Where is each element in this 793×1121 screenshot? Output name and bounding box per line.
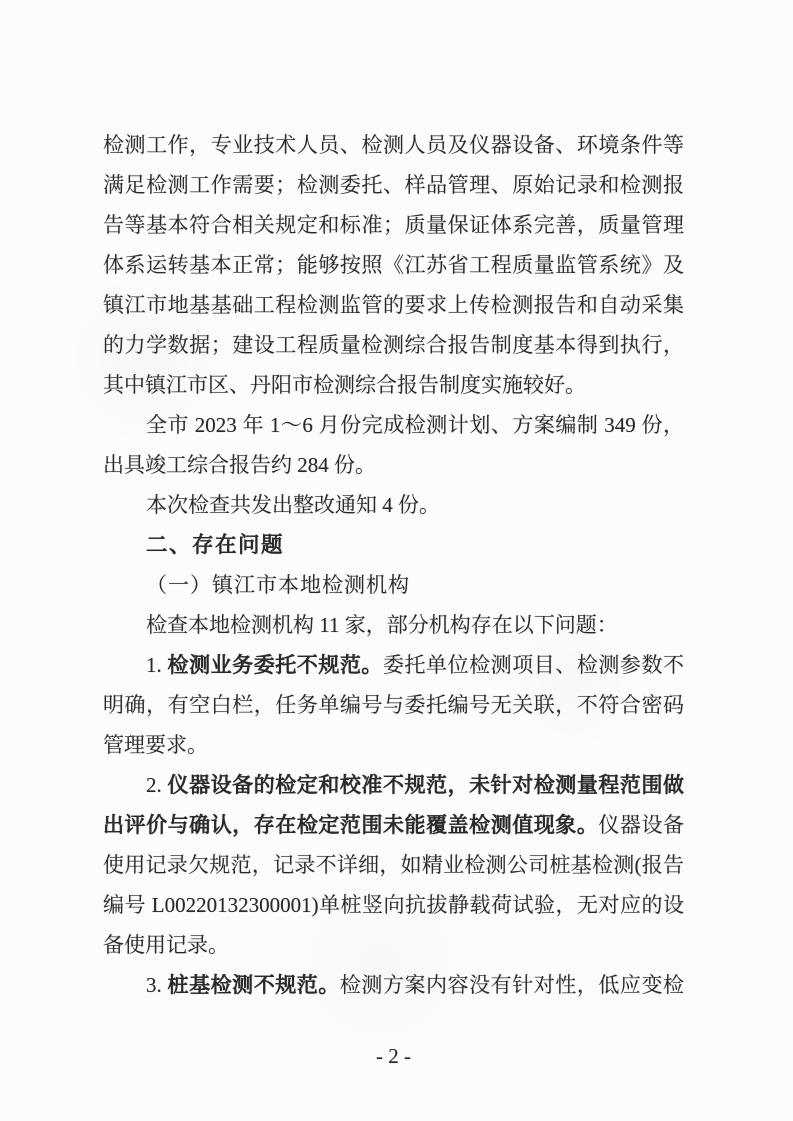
- document-body: 检测工作，专业技术人员、检测人员及仪器设备、环境条件等满足检测工作需要；检测委托…: [103, 125, 684, 1005]
- body-text: （一）镇江市本地检测机构: [146, 573, 410, 597]
- body-text: 其中镇江市区、丹阳市检测综合报告制度实施较好。: [103, 373, 586, 397]
- scanned-document-page: 检测工作，专业技术人员、检测人员及仪器设备、环境条件等满足检测工作需要；检测委托…: [0, 0, 793, 1121]
- body-text: 体系运转基本正常；能够按照《江苏省工程质量监管系统》及: [103, 253, 684, 277]
- emphasis-text: 出评价与确认，存在检定范围未能覆盖检测值现象。: [103, 813, 598, 837]
- emphasis-text: 仪器设备的检定和校准不规范，未针对检测量程范围做: [168, 773, 684, 797]
- body-text: 检测工作，专业技术人员、检测人员及仪器设备、环境条件等: [103, 133, 684, 157]
- emphasis-text: 桩基检测不规范。: [168, 973, 340, 997]
- text-line-7: 其中镇江市区、丹阳市检测综合报告制度实施较好。: [103, 365, 684, 405]
- text-line-16: 管理要求。: [103, 725, 684, 765]
- text-line-8: 全市 2023 年 1～6 月份完成检测计划、方案编制 349 份，: [103, 405, 684, 445]
- body-text: 检查本地检测机构 11 家，部分机构存在以下问题：: [146, 613, 618, 637]
- text-line-18: 出评价与确认，存在检定范围未能覆盖检测值现象。仪器设备: [103, 805, 684, 845]
- text-line-15: 明确，有空白栏，任务单编号与委托编号无关联，不符合密码: [103, 685, 684, 725]
- text-line-11: 二、存在问题: [103, 525, 684, 565]
- text-line-4: 体系运转基本正常；能够按照《江苏省工程质量监管系统》及: [103, 245, 684, 285]
- text-line-22: 3. 桩基检测不规范。检测方案内容没有针对性，低应变检: [103, 965, 684, 1005]
- body-text: 检测方案内容没有针对性，低应变检: [340, 973, 684, 997]
- body-text: 出具竣工综合报告约 284 份。: [103, 453, 376, 477]
- body-text: 明确，有空白栏，任务单编号与委托编号无关联，不符合密码: [103, 693, 684, 717]
- body-text: 委托单位检测项目、检测参数不: [383, 653, 684, 677]
- text-line-21: 备使用记录。: [103, 925, 684, 965]
- body-text: 的力学数据；建设工程质量检测综合报告制度基本得到执行，: [103, 333, 684, 357]
- body-text: 本次检查共发出整改通知 4 份。: [146, 493, 440, 517]
- emphasis-text: 二、存在问题: [146, 533, 284, 557]
- body-text: 镇江市地基基础工程检测监管的要求上传检测报告和自动采集: [103, 293, 684, 317]
- body-text: 使用记录欠规范，记录不详细，如精业检测公司桩基检测(报告: [103, 853, 684, 877]
- text-line-1: 检测工作，专业技术人员、检测人员及仪器设备、环境条件等: [103, 125, 684, 165]
- body-text: 2.: [146, 773, 168, 797]
- text-line-12: （一）镇江市本地检测机构: [103, 565, 684, 605]
- body-text: 仪器设备: [598, 813, 684, 837]
- body-text: 1.: [146, 653, 168, 677]
- body-text: 满足检测工作需要；检测委托、样品管理、原始记录和检测报: [103, 173, 684, 197]
- page-number: - 2 -: [103, 1036, 684, 1076]
- emphasis-text: 检测业务委托不规范。: [168, 653, 383, 677]
- text-line-3: 告等基本符合相关规定和标准；质量保证体系完善，质量管理: [103, 205, 684, 245]
- text-line-2: 满足检测工作需要；检测委托、样品管理、原始记录和检测报: [103, 165, 684, 205]
- text-line-19: 使用记录欠规范，记录不详细，如精业检测公司桩基检测(报告: [103, 845, 684, 885]
- body-text: 全市 2023 年 1～6 月份完成检测计划、方案编制 349 份，: [146, 413, 684, 437]
- body-text: 告等基本符合相关规定和标准；质量保证体系完善，质量管理: [103, 213, 684, 237]
- text-line-13: 检查本地检测机构 11 家，部分机构存在以下问题：: [103, 605, 684, 645]
- body-text: 编号 L00220132300001)单桩竖向抗拔静载荷试验，无对应的设: [103, 893, 684, 917]
- text-line-5: 镇江市地基基础工程检测监管的要求上传检测报告和自动采集: [103, 285, 684, 325]
- body-text: 备使用记录。: [103, 933, 229, 957]
- text-line-14: 1. 检测业务委托不规范。委托单位检测项目、检测参数不: [103, 645, 684, 685]
- body-text: 3.: [146, 973, 168, 997]
- text-line-10: 本次检查共发出整改通知 4 份。: [103, 485, 684, 525]
- text-line-17: 2. 仪器设备的检定和校准不规范，未针对检测量程范围做: [103, 765, 684, 805]
- text-line-6: 的力学数据；建设工程质量检测综合报告制度基本得到执行，: [103, 325, 684, 365]
- text-line-20: 编号 L00220132300001)单桩竖向抗拔静载荷试验，无对应的设: [103, 885, 684, 925]
- body-text: 管理要求。: [103, 733, 208, 757]
- text-line-9: 出具竣工综合报告约 284 份。: [103, 445, 684, 485]
